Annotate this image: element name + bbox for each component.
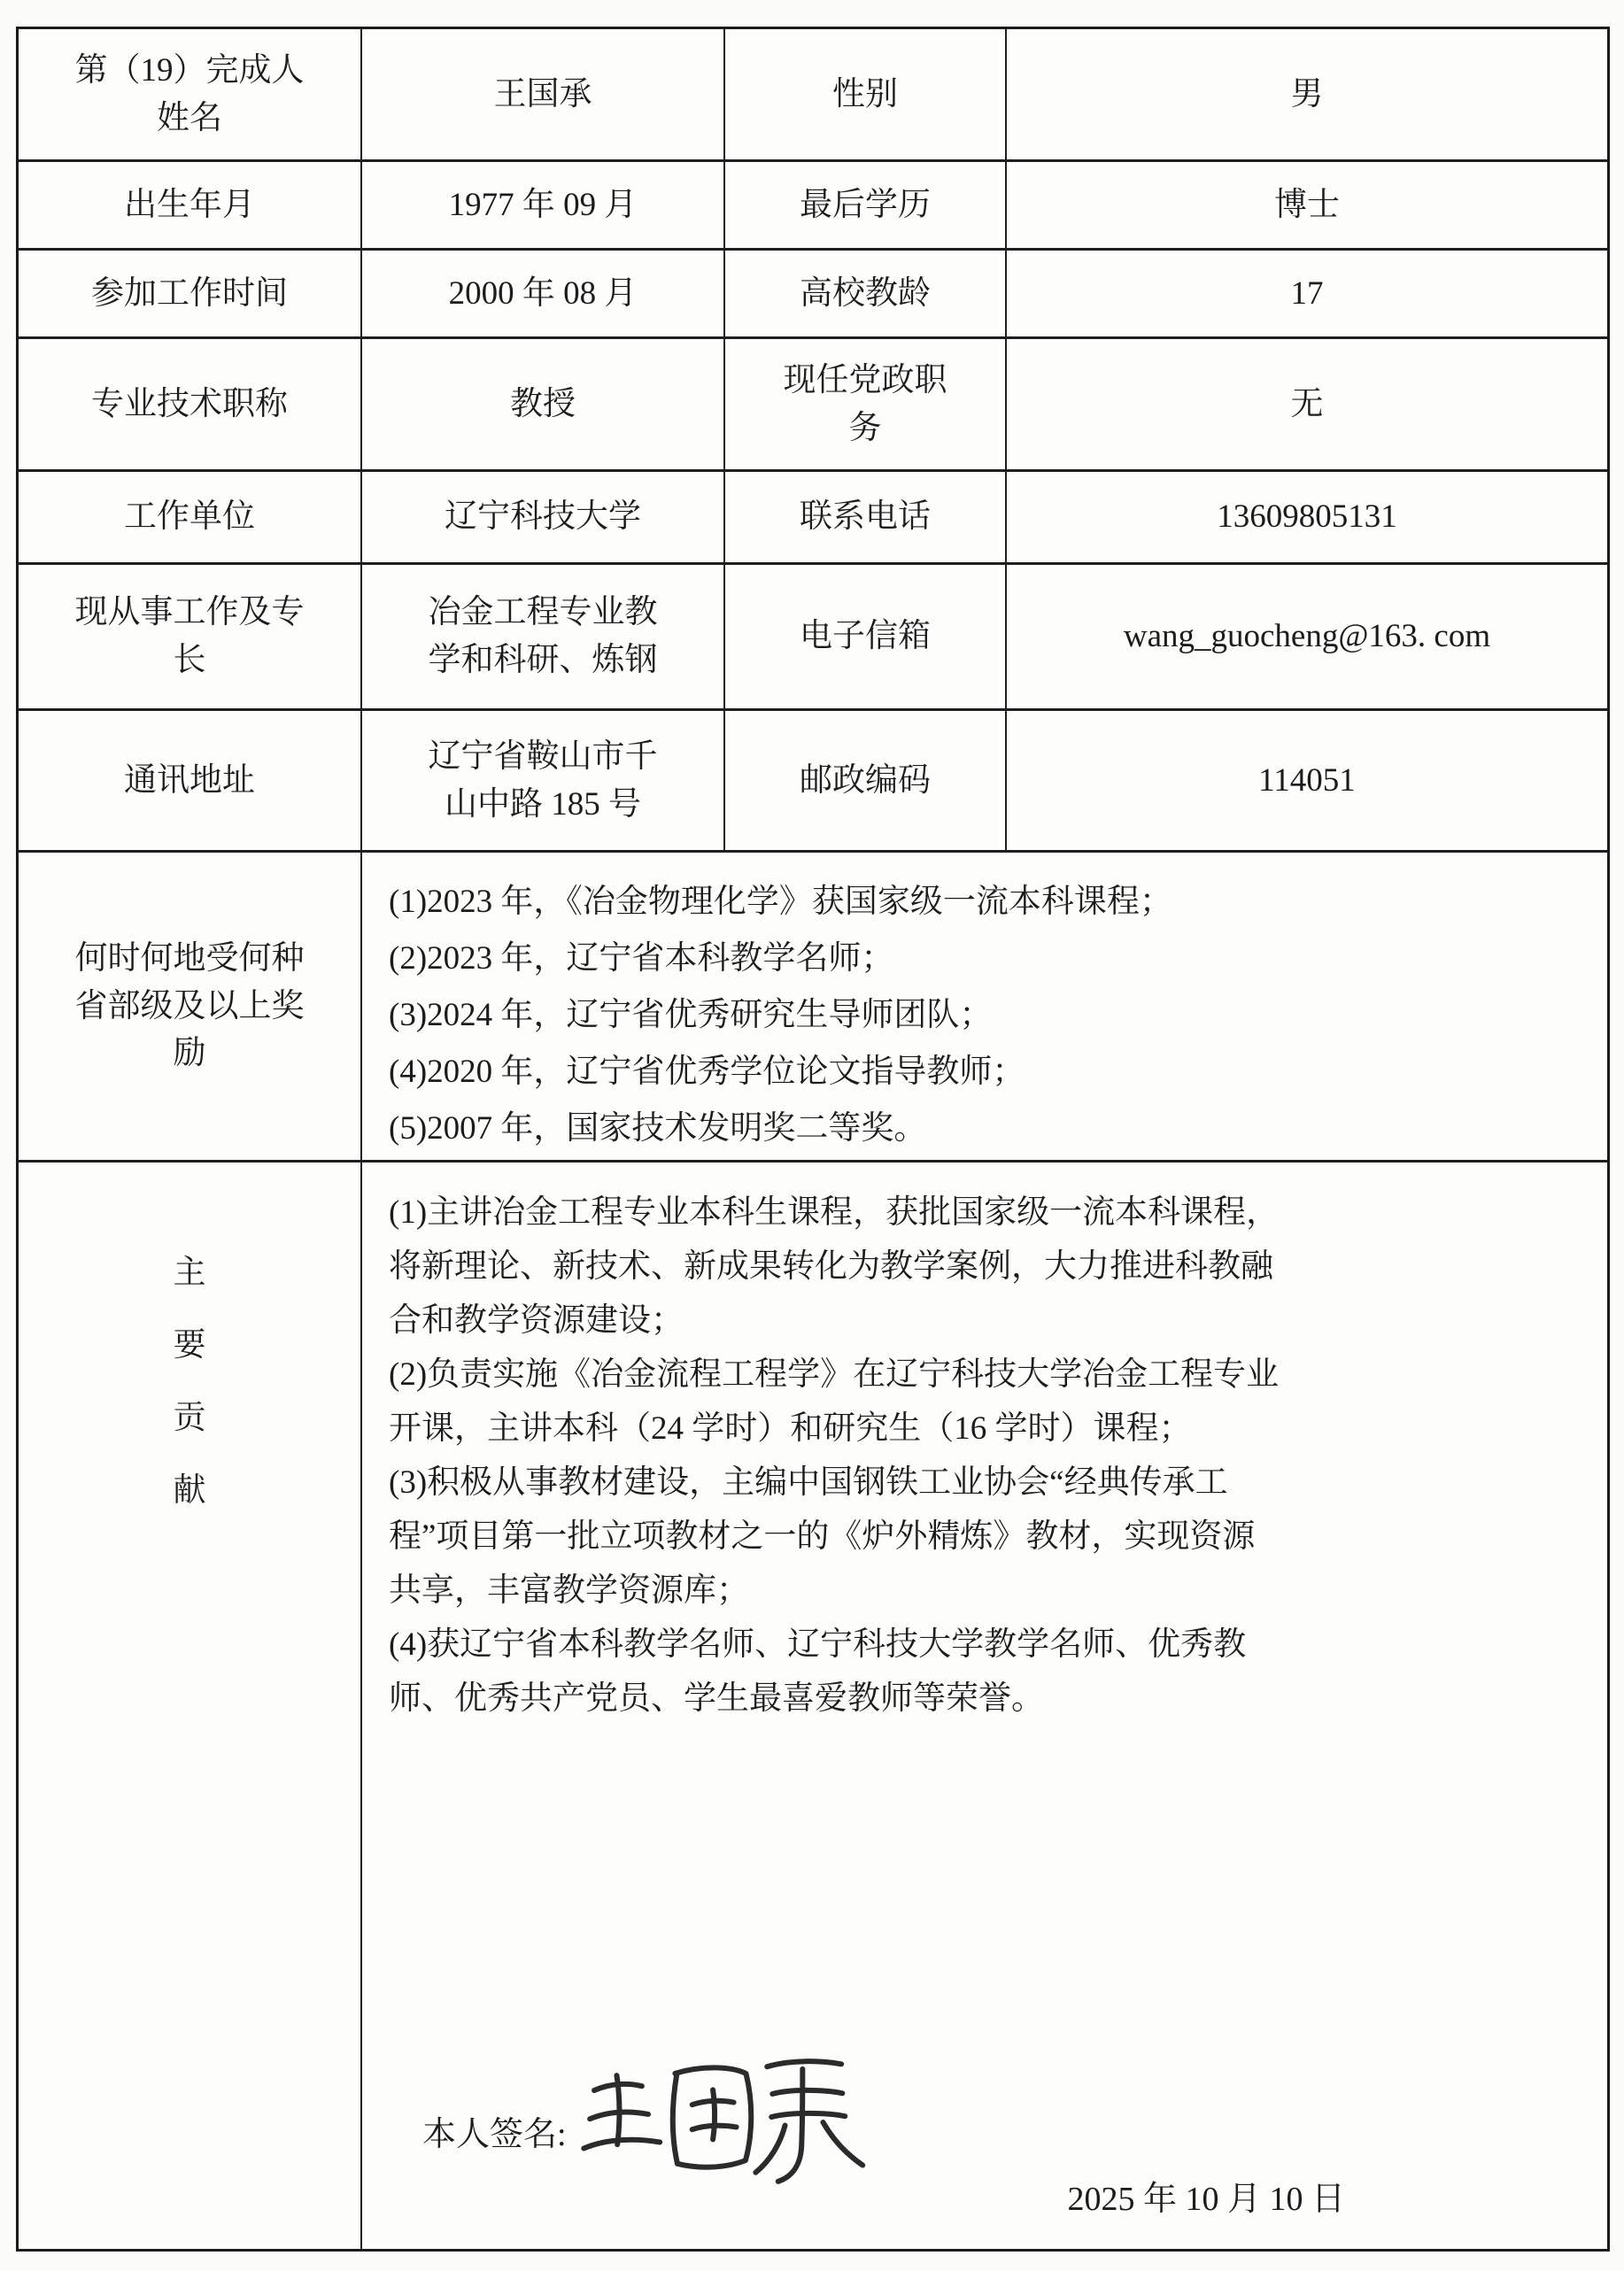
address-label: 通讯地址 <box>19 711 362 853</box>
signature-date: 2025 年 10 月 10 日 <box>389 2180 1582 2226</box>
phone-value: 13609805131 <box>1007 472 1607 565</box>
professional-title-value: 教授 <box>362 339 725 472</box>
teaching-years-label: 高校教龄 <box>725 251 1007 339</box>
work-start-value: 2000 年 08 月 <box>362 251 725 339</box>
awards-label: 何时何地受何种 省部级及以上奖 励 <box>19 853 362 1163</box>
phone-label: 联系电话 <box>725 472 1007 565</box>
birth-date-label: 出生年月 <box>19 162 362 251</box>
signature-handwriting-icon <box>569 2034 876 2193</box>
awards-content: (1)2023 年，《冶金物理化学》获国家级一流本科课程； (2)2023 年，… <box>362 853 1607 1163</box>
employer-value: 辽宁科技大学 <box>362 472 725 565</box>
signature-row: 本人签名: <box>422 2043 1582 2176</box>
completer-name-label: 第（19）完成人 姓名 <box>19 29 362 162</box>
contributions-cell: (1)主讲冶金工程专业本科生课程，获批国家级一流本科课程， 将新理论、新技术、新… <box>362 1163 1607 2249</box>
birth-date-value: 1977 年 09 月 <box>362 162 725 251</box>
contributions-content: (1)主讲冶金工程专业本科生课程，获批国家级一流本科课程， 将新理论、新技术、新… <box>389 1186 1582 1726</box>
address-value: 辽宁省鞍山市千 山中路 185 号 <box>362 711 725 853</box>
completer-name-value: 王国承 <box>362 29 725 162</box>
postcode-label: 邮政编码 <box>725 711 1007 853</box>
education-label: 最后学历 <box>725 162 1007 251</box>
blank-space <box>389 1726 1582 2043</box>
email-value: wang_guocheng@163. com <box>1007 565 1607 711</box>
current-work-label: 现从事工作及专 长 <box>19 565 362 711</box>
party-position-label: 现任党政职 务 <box>725 339 1007 472</box>
work-start-label: 参加工作时间 <box>19 251 362 339</box>
party-position-value: 无 <box>1007 339 1607 472</box>
email-label: 电子信箱 <box>725 565 1007 711</box>
personnel-form-table: 第（19）完成人 姓名 王国承 性别 男 出生年月 1977 年 09 月 最后… <box>16 27 1610 2252</box>
postcode-value: 114051 <box>1007 711 1607 853</box>
current-work-value: 冶金工程专业教 学和科研、炼钢 <box>362 565 725 711</box>
contributions-label: 主 要 贡 献 <box>19 1163 362 2249</box>
teaching-years-value: 17 <box>1007 251 1607 339</box>
professional-title-label: 专业技术职称 <box>19 339 362 472</box>
gender-label: 性别 <box>725 29 1007 162</box>
signature-label: 本人签名: <box>422 2118 567 2176</box>
employer-label: 工作单位 <box>19 472 362 565</box>
gender-value: 男 <box>1007 29 1607 162</box>
education-value: 博士 <box>1007 162 1607 251</box>
